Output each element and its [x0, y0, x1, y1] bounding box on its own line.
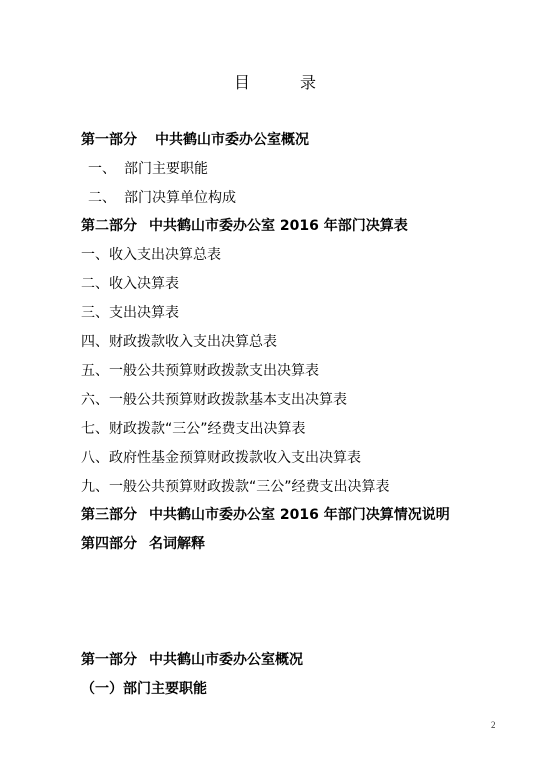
toc-part-2[interactable]: 第二部分中共鹤山市委办公室 2016 年部门决算表	[81, 217, 408, 235]
toc-part-2-label: 第二部分	[81, 218, 137, 234]
toc-part-1-item-1[interactable]: 一、部门主要职能	[88, 160, 208, 178]
toc-part-3-title: 中共鹤山市委办公室 2016 年部门决算情况说明	[149, 507, 450, 523]
toc-item-number: 二、	[88, 189, 124, 207]
section-heading-title: 中共鹤山市委办公室概况	[149, 652, 303, 668]
toc-title: 目录	[0, 70, 550, 93]
toc-part-3-label: 第三部分	[81, 507, 137, 523]
toc-part-2-item-9[interactable]: 九、一般公共预算财政拨款“三公”经费支出决算表	[81, 478, 390, 496]
toc-part-3[interactable]: 第三部分中共鹤山市委办公室 2016 年部门决算情况说明	[81, 506, 450, 524]
toc-part-1-item-2[interactable]: 二、部门决算单位构成	[88, 189, 236, 207]
toc-part-2-item-8[interactable]: 八、政府性基金预算财政拨款收入支出决算表	[81, 449, 361, 467]
toc-part-1-label: 第一部分	[81, 132, 137, 148]
toc-part-2-item-6[interactable]: 六、一般公共预算财政拨款基本支出决算表	[81, 391, 347, 409]
subsection-heading: （一）部门主要职能	[81, 680, 207, 698]
toc-part-4-title: 名词解释	[149, 536, 205, 552]
toc-part-2-item-4[interactable]: 四、财政拨款收入支出决算总表	[81, 333, 277, 351]
toc-part-2-item-3[interactable]: 三、支出决算表	[81, 304, 179, 322]
toc-part-4[interactable]: 第四部分名词解释	[81, 535, 205, 553]
page-number: 2	[491, 720, 496, 730]
toc-part-2-item-1[interactable]: 一、收入支出决算总表	[81, 246, 221, 264]
toc-part-2-item-5[interactable]: 五、一般公共预算财政拨款支出决算表	[81, 362, 319, 380]
toc-part-1[interactable]: 第一部分中共鹤山市委办公室概况	[81, 131, 309, 149]
toc-part-2-item-7[interactable]: 七、财政拨款“三公”经费支出决算表	[81, 420, 306, 438]
toc-part-2-title: 中共鹤山市委办公室 2016 年部门决算表	[149, 218, 408, 234]
toc-part-4-label: 第四部分	[81, 536, 137, 552]
toc-title-char-2: 录	[300, 70, 316, 93]
toc-item-number: 一、	[88, 160, 124, 178]
toc-part-1-title: 中共鹤山市委办公室概况	[155, 132, 309, 148]
section-heading-label: 第一部分	[81, 652, 137, 668]
document-page: 目录 第一部分中共鹤山市委办公室概况 一、部门主要职能 二、部门决算单位构成 第…	[0, 0, 550, 778]
toc-item-text: 部门主要职能	[124, 161, 208, 177]
toc-title-char-1: 目	[234, 70, 250, 93]
section-heading: 第一部分中共鹤山市委办公室概况	[81, 651, 303, 669]
toc-part-2-item-2[interactable]: 二、收入决算表	[81, 275, 179, 293]
toc-item-text: 部门决算单位构成	[124, 190, 236, 206]
